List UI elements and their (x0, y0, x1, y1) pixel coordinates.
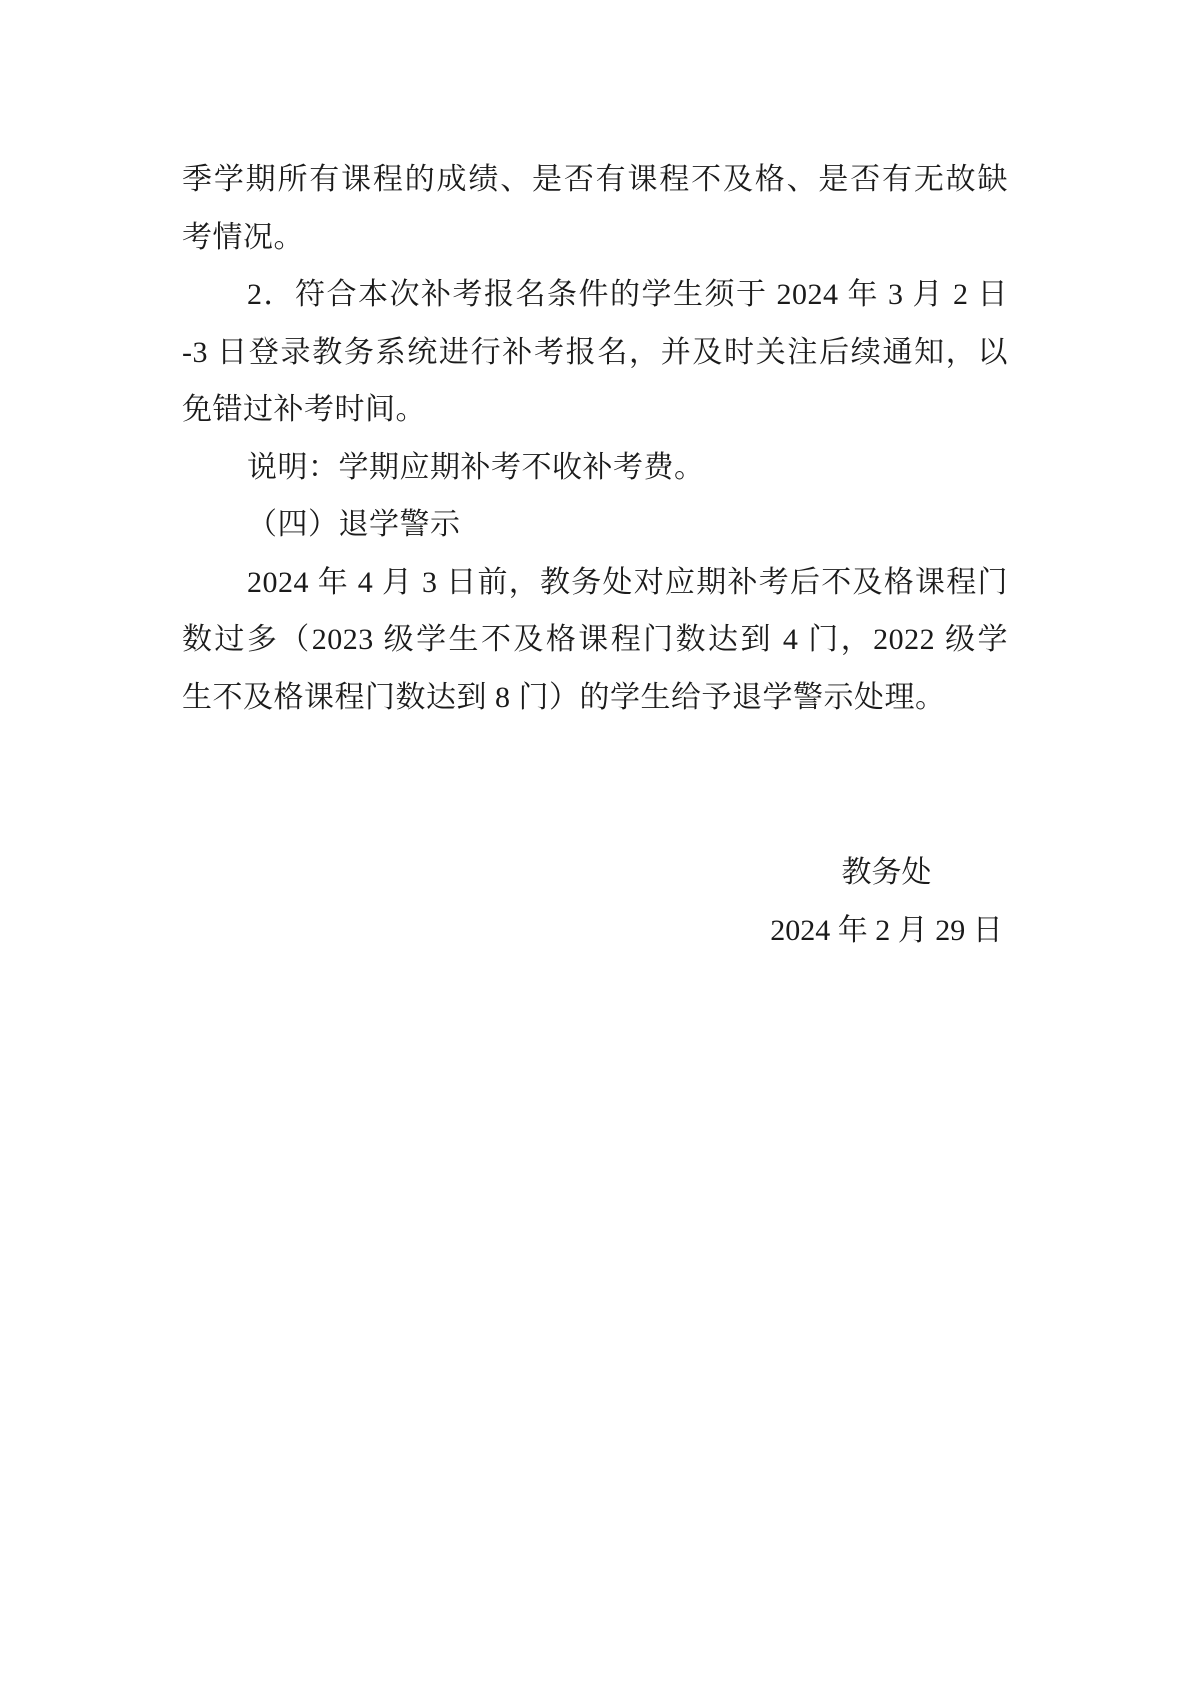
document-body: 季学期所有课程的成绩、是否有课程不及格、是否有无故缺 考情况。 2．符合本次补考… (182, 151, 1008, 726)
body-line-1: 季学期所有课程的成绩、是否有课程不及格、是否有无故缺 (182, 151, 1008, 209)
signature-department: 教务处 (765, 844, 1008, 902)
body-line-5: 免错过补考时间。 (182, 381, 1008, 439)
document-page: 季学期所有课程的成绩、是否有课程不及格、是否有无故缺 考情况。 2．符合本次补考… (0, 0, 1191, 1684)
body-line-10: 生不及格课程门数达到 8 门）的学生给予退学警示处理。 (182, 669, 1008, 727)
body-line-7-section-heading: （四）退学警示 (182, 496, 1008, 554)
body-line-9: 数过多（2023 级学生不及格课程门数达到 4 门，2022 级学 (182, 611, 1008, 669)
body-line-8: 2024 年 4 月 3 日前，教务处对应期补考后不及格课程门 (182, 554, 1008, 612)
body-line-6-note: 说明：学期应期补考不收补考费。 (182, 439, 1008, 497)
signature-date: 2024 年 2 月 29 日 (765, 902, 1008, 960)
body-line-4: -3 日登录教务系统进行补考报名，并及时关注后续通知，以 (182, 324, 1008, 382)
signature-block: 教务处 2024 年 2 月 29 日 (765, 844, 1008, 959)
body-line-2: 考情况。 (182, 209, 1008, 267)
body-line-3: 2．符合本次补考报名条件的学生须于 2024 年 3 月 2 日 (182, 266, 1008, 324)
